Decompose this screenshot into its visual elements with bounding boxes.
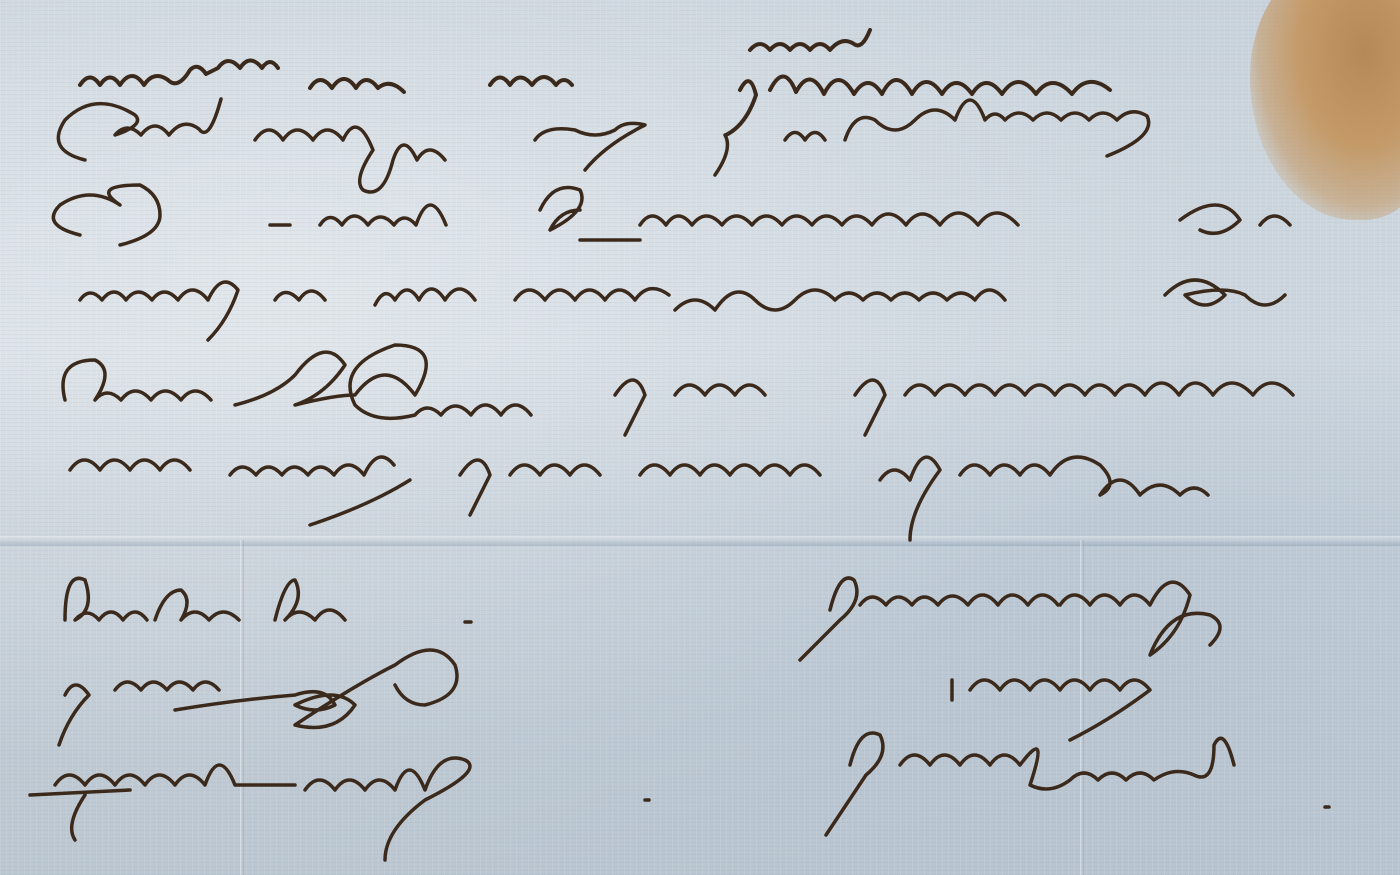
handwritten-line-6	[60, 430, 1310, 540]
left-block-line-3	[25, 730, 665, 850]
handwritten-line-3	[40, 180, 1350, 270]
manuscript-page: handwritten manuscript photograph	[0, 0, 1400, 875]
right-block-line-3	[820, 715, 1340, 845]
handwritten-line-5	[55, 340, 1355, 440]
left-block-line-1	[55, 570, 485, 640]
